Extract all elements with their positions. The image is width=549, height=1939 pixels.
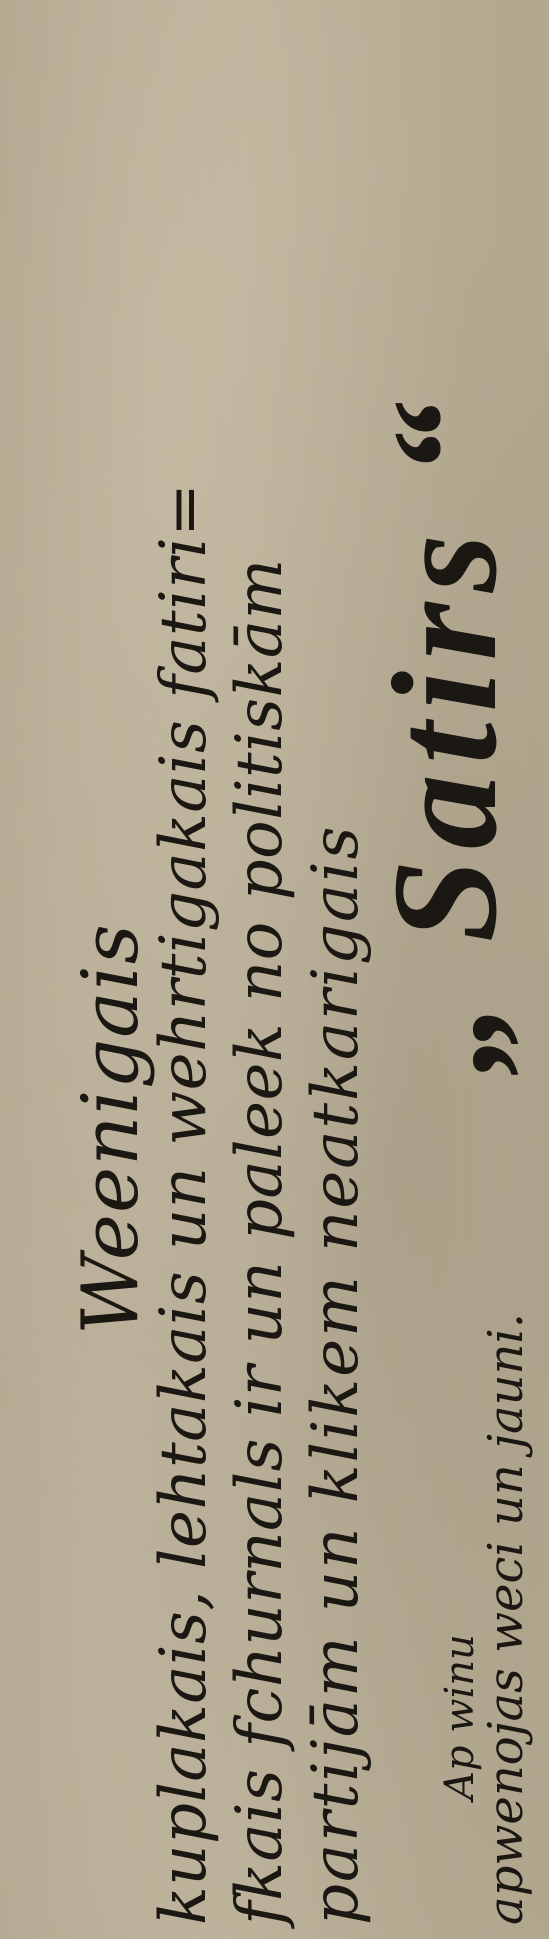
masthead-title: „ Satirs “ <box>370 391 520 1075</box>
body-line-2: fkais fchurnals ir un paleek no politisk… <box>228 558 292 1925</box>
body-line-1: kuplakais, lehtakais un wehrtigakais fat… <box>152 483 216 1925</box>
footer-line-1: Ap winu <box>440 1634 480 1800</box>
body-line-3: partijām un klikem neatkarigais <box>304 824 368 1925</box>
heading: Weenigais <box>72 923 150 1335</box>
footer-line-2: apwenojas weci un jauni. <box>482 1313 530 1925</box>
